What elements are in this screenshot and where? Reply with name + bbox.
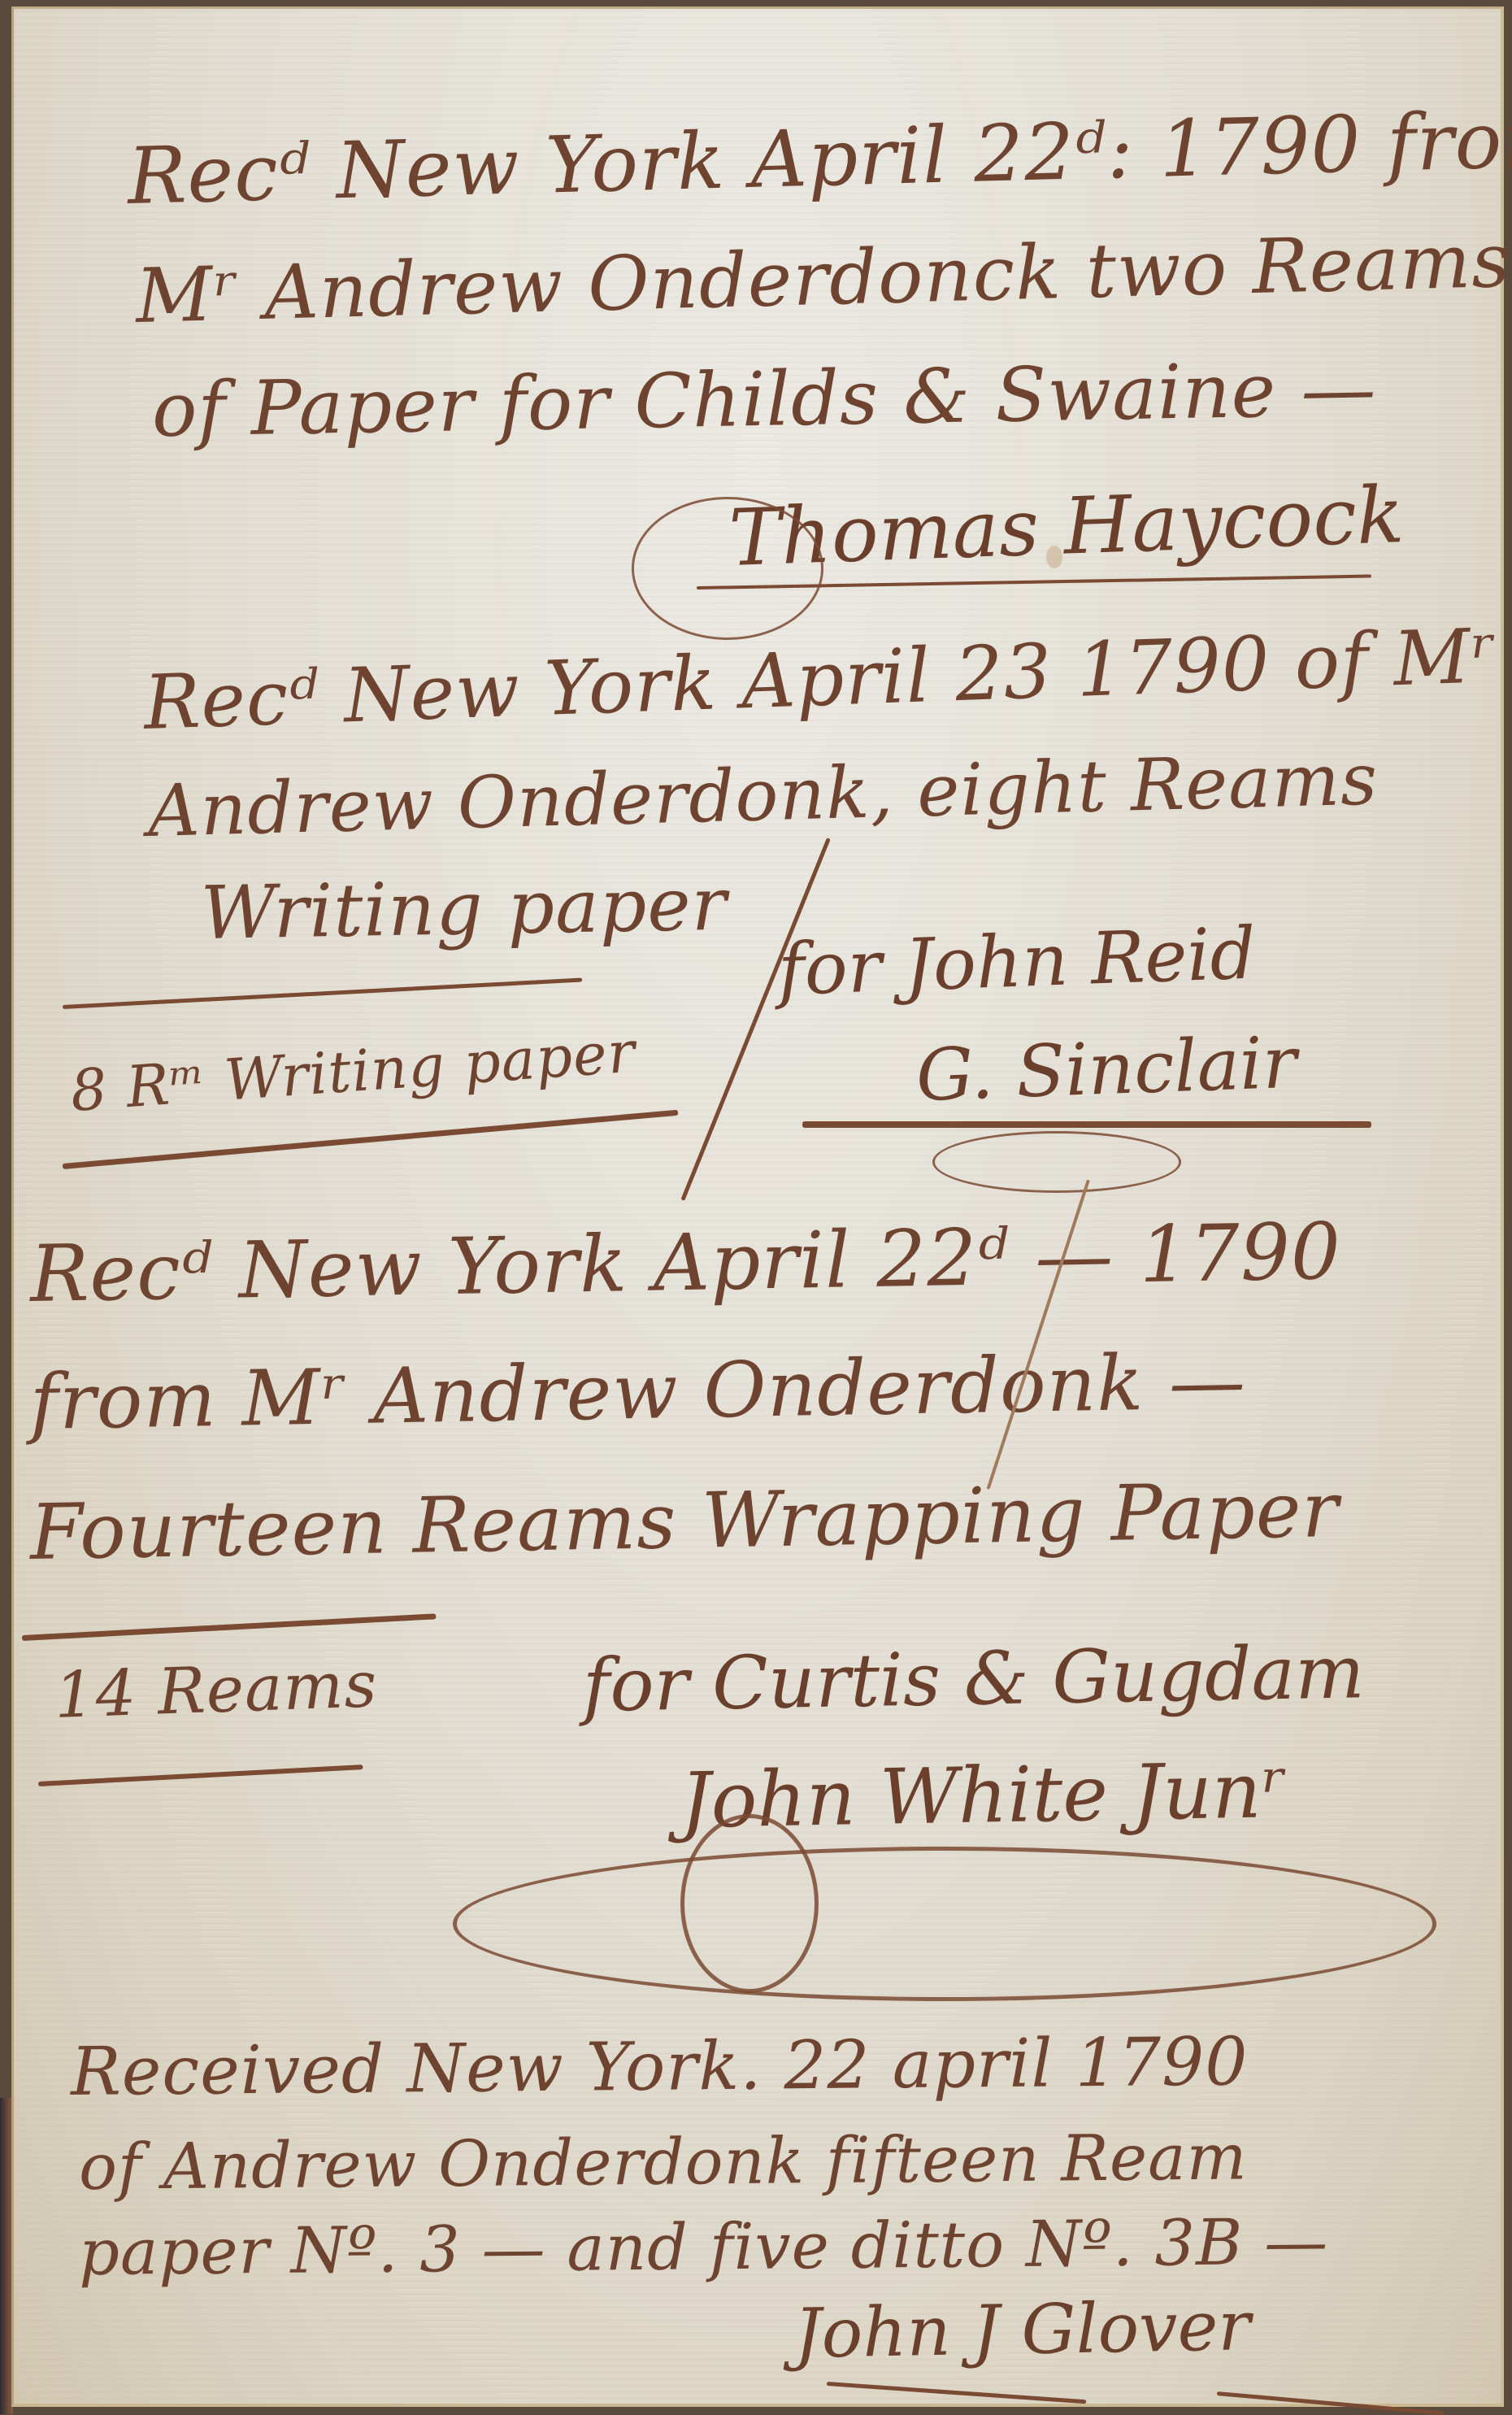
margin-note-overline	[22, 1613, 437, 1641]
receipt-3-signature-prefix: for Curtis & Gugdam	[582, 1630, 1365, 1729]
signature-underline	[802, 1121, 1371, 1128]
receipt-3-line-3: Fourteen Reams Wrapping Paper	[29, 1466, 1340, 1577]
signature-underline	[827, 2382, 1087, 2404]
margin-note-underline	[38, 1764, 363, 1786]
receipt-1-line-3: of Paper for Childs & Swaine —	[151, 346, 1377, 454]
receipt-4-line-3: paper Nº. 3 — and five ditto Nº. 3B —	[79, 2206, 1329, 2290]
receipt-1-line-1: Recᵈ New York April 22ᵈ: 1790 from	[127, 93, 1512, 222]
ledger-page: Recᵈ New York April 22ᵈ: 1790 from Mʳ An…	[11, 7, 1504, 2407]
receipt-2-line-1: Recᵈ New York April 23 1790 of Mʳ	[142, 612, 1499, 746]
margin-note-overline	[63, 978, 582, 1009]
ink-blot	[1046, 546, 1062, 568]
receipt-2-line-3: Writing paper	[200, 862, 728, 956]
receipt-4-signature: John J Glover	[793, 2286, 1251, 2374]
signature-flourish-loop	[680, 1814, 819, 1993]
receipt-4-line-1: Received New York. 22 april 1790	[71, 2023, 1249, 2111]
signature-flourish	[632, 497, 823, 640]
receipt-1-line-2: Mʳ Andrew Onderdonck two Reams	[135, 217, 1512, 340]
receipt-2-signature-prefix: for John Reid	[776, 912, 1257, 1012]
signature-flourish	[453, 1847, 1436, 2001]
receipt-2-signature: G. Sinclair	[915, 1020, 1298, 1117]
receipt-1-signature: Thomas Haycock	[728, 469, 1406, 584]
receipt-2-line-2: Andrew Onderdonk, eight Reams	[147, 737, 1379, 853]
receipt-3-margin-note: 14 Reams	[53, 1648, 378, 1733]
signature-underline	[1217, 2391, 1444, 2414]
signature-flourish	[932, 1131, 1181, 1193]
receipt-3-line-2: from Mʳ Andrew Onderdonk —	[29, 1338, 1247, 1447]
receipt-3-line-1: Recᵈ New York April 22ᵈ — 1790	[29, 1206, 1342, 1320]
receipt-2-margin-note: 8 Rᵐ Writing paper	[68, 1019, 637, 1125]
receipt-4-line-2: of Andrew Onderdonk fifteen Ream	[79, 2121, 1248, 2204]
